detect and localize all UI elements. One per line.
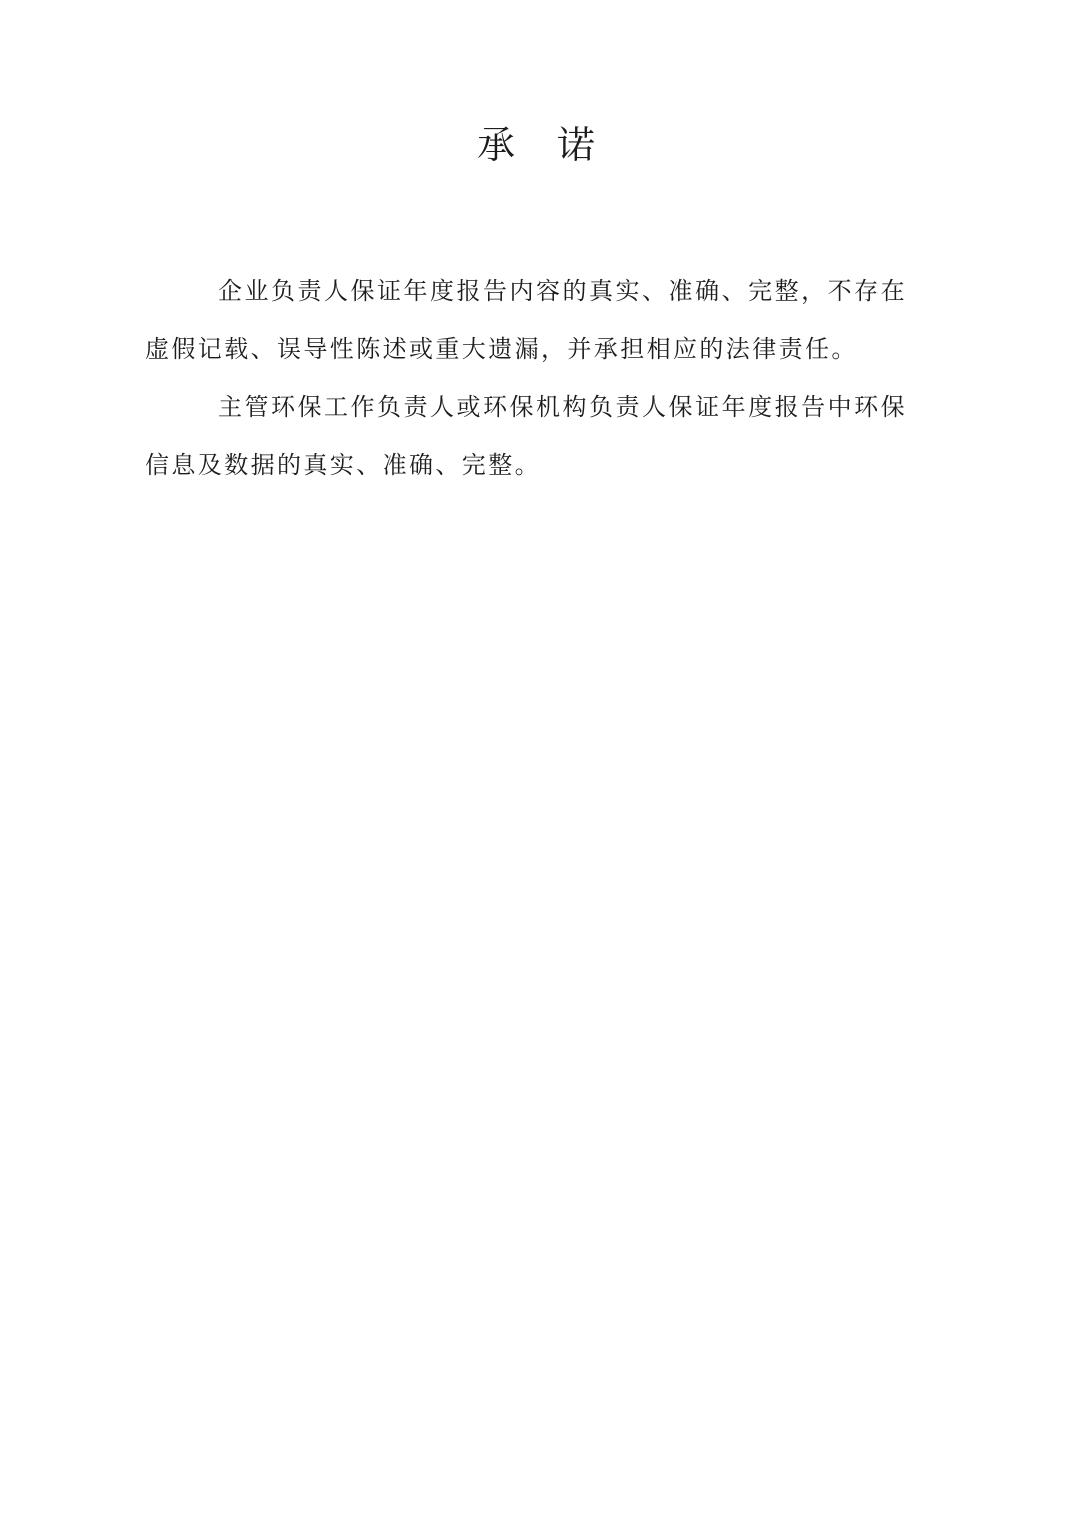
commitment-paragraph-2: 主管环保工作负责人或环保机构负责人保证年度报告中环保信息及数据的真实、准确、完整… [145,379,907,495]
commitment-paragraph-1: 企业负责人保证年度报告内容的真实、准确、完整，不存在虚假记载、误导性陈述或重大遗… [145,263,907,379]
document-body: 企业负责人保证年度报告内容的真实、准确、完整，不存在虚假记载、误导性陈述或重大遗… [0,263,1074,495]
document-page: 承 诺 企业负责人保证年度报告内容的真实、准确、完整，不存在虚假记载、误导性陈述… [0,0,1074,1520]
page-title: 承 诺 [0,122,1074,170]
